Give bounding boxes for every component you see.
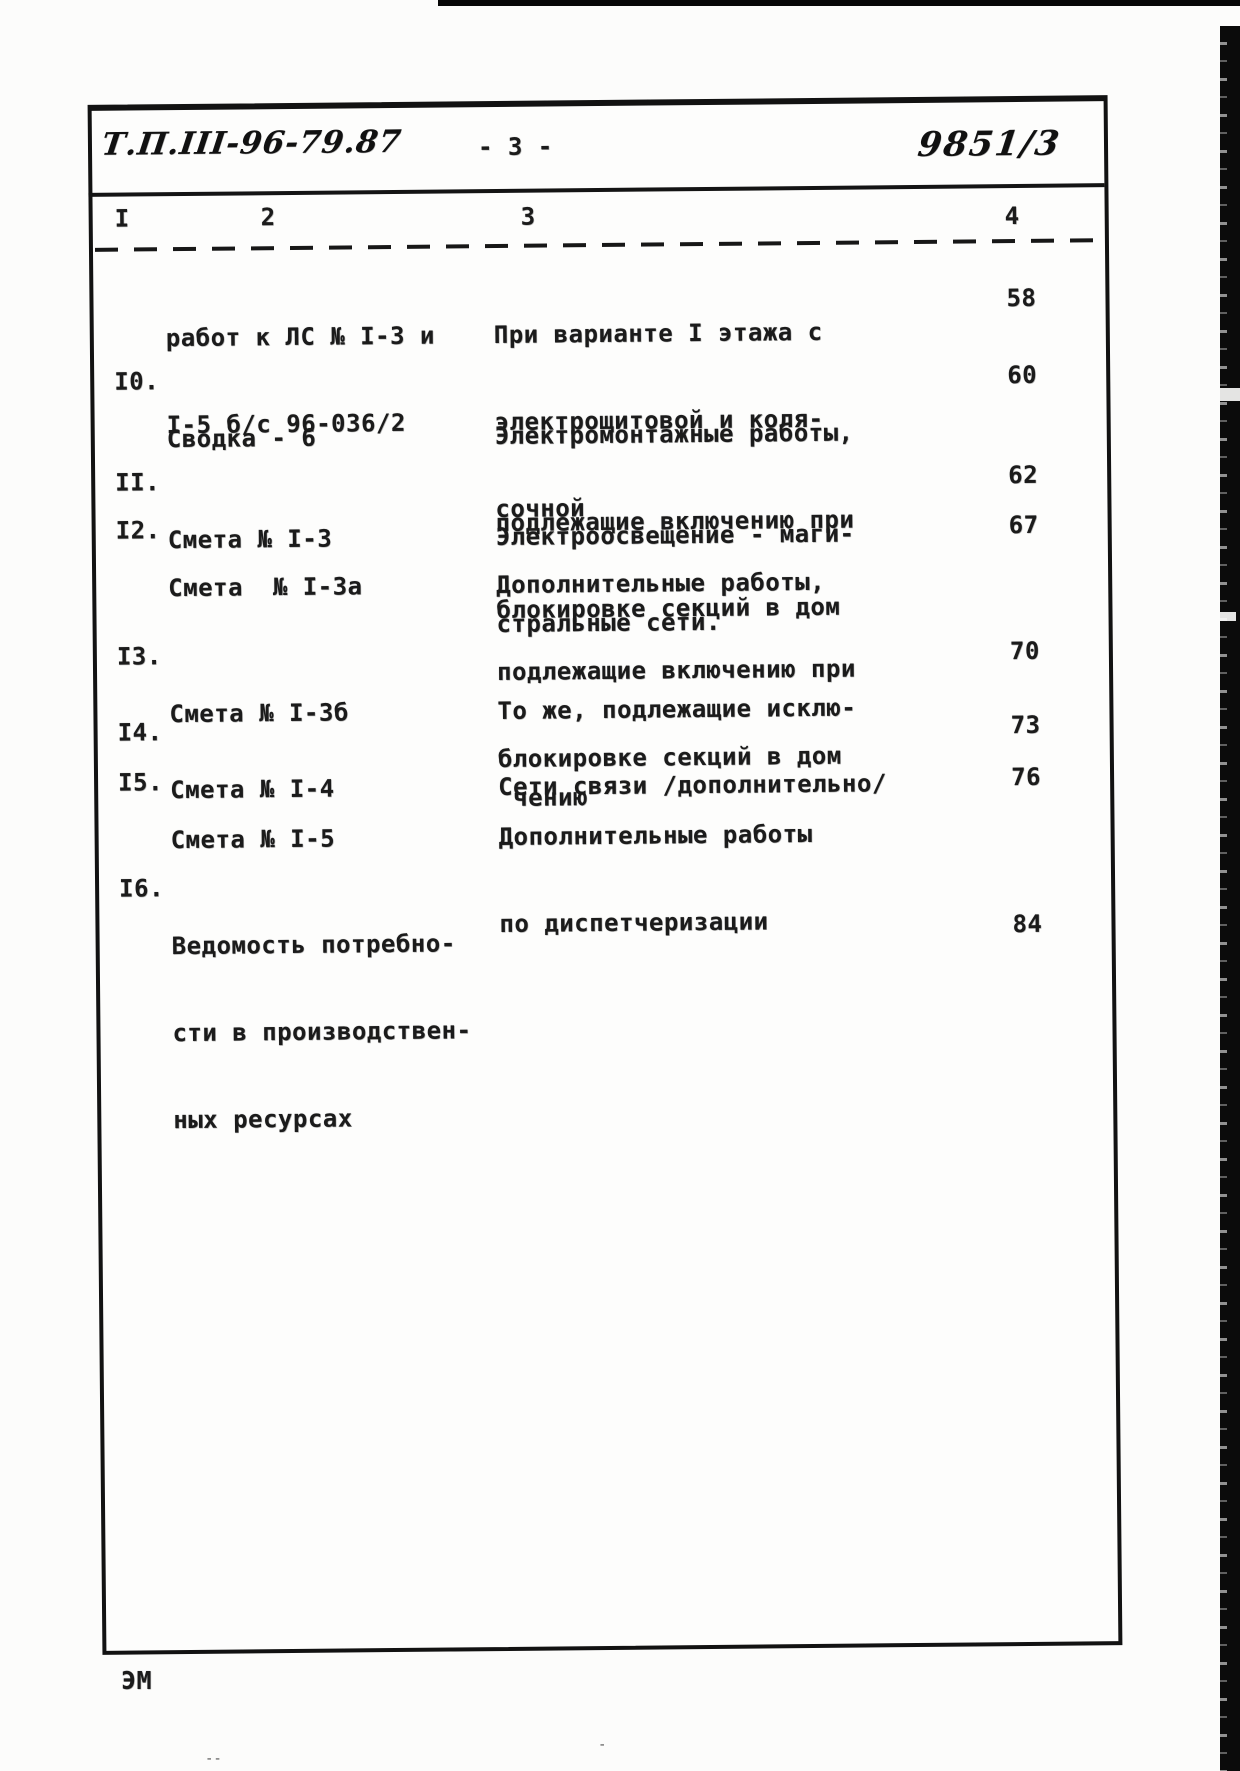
row-description: Дополнительные работы по диспетчеризации: [498, 762, 814, 997]
scan-edge-top-bar: [438, 0, 1240, 6]
scan-edge-right-band: [1220, 26, 1240, 1771]
scan-speck: --: [205, 1752, 222, 1766]
row-page-number: 62: [991, 461, 1055, 491]
scan-band-notch: [1220, 388, 1240, 401]
row-page-number: 73: [993, 711, 1057, 741]
row-number: I2.: [116, 516, 161, 545]
row-page-number: 60: [990, 361, 1054, 391]
row-number: I3.: [117, 642, 162, 671]
row-page-number: 76: [994, 763, 1058, 793]
row-page-number: 67: [992, 511, 1056, 541]
row-number: I4.: [117, 718, 162, 747]
footer-mark: ЭМ: [121, 1666, 152, 1695]
scan-speck: -: [598, 1738, 606, 1752]
column-header-1: I: [115, 205, 130, 234]
column-header-2: 2: [261, 203, 276, 232]
row-number: I6.: [119, 874, 164, 903]
page-number-label: - 3 -: [478, 132, 553, 162]
column-header-dashed-line: [95, 238, 1097, 252]
doc-code-handwritten: Т.П.III-96-79.87: [100, 124, 404, 163]
row-number: I5.: [118, 768, 163, 797]
row-title: Ведомость потребно- сти в производствен-…: [171, 871, 473, 1193]
row-page-number: 58: [989, 284, 1053, 314]
document-page: Т.П.III-96-79.87 - 3 - 9851/3 I 2 3 4 ра…: [88, 95, 1123, 1655]
column-header-4: 4: [1005, 202, 1020, 231]
row-page-number: 70: [993, 637, 1057, 667]
scan-band-notch: [1220, 612, 1236, 621]
doc-number-handwritten: 9851/3: [915, 124, 1063, 165]
row-title: Смета № I-3а: [168, 514, 364, 661]
table-row: работ к ЛС № I-3 и I-5 б/с 96-036/2 При …: [93, 257, 1105, 267]
row-page-number: 84: [995, 910, 1059, 940]
column-header-3: 3: [521, 203, 536, 232]
row-number: II.: [115, 468, 160, 497]
row-number: I0.: [114, 367, 159, 396]
header-divider-line: [88, 183, 1104, 197]
